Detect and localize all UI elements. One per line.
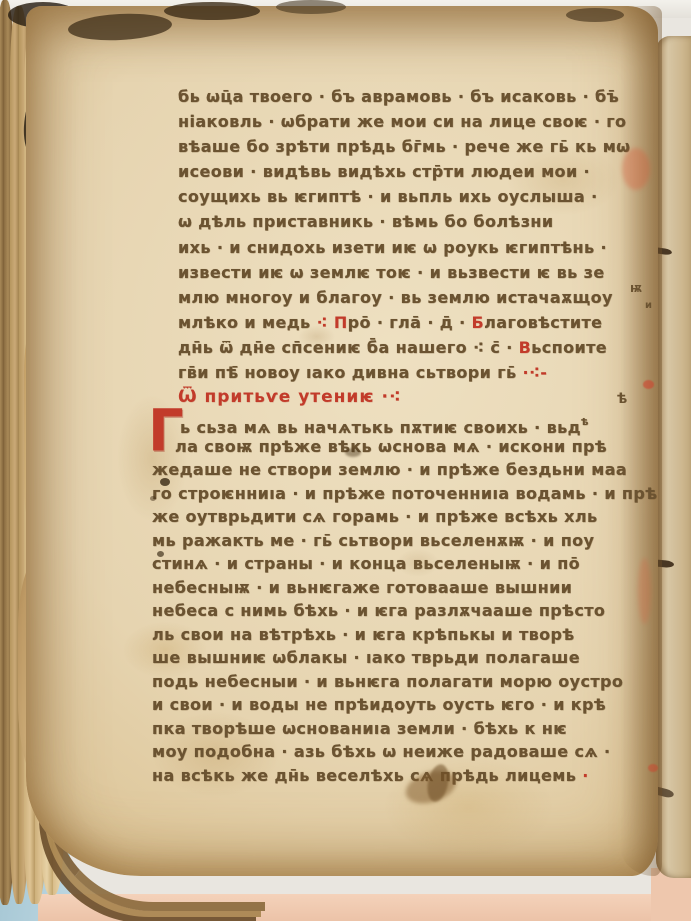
red-pigment-dots	[643, 380, 654, 389]
dark-edge-stain	[566, 8, 624, 22]
text-line: ніаковль · ѡбрати же мои си на лице своѥ…	[152, 109, 631, 134]
ink-text: млю многоу и благоу · вь землю истачаѫщо…	[178, 288, 613, 307]
margin-mark: ѣ	[617, 391, 627, 407]
ink-text: ла своѭ прѣже вѣкь ѡснова мѧ · искони пр…	[175, 437, 607, 456]
rubricated-text: ·⁖-	[522, 363, 547, 382]
rubricated-text: П	[334, 313, 348, 332]
rubricated-text: В	[519, 338, 532, 357]
ink-text: дн̄ь ѿ дн̄е сп̄сениѥ б̄а нашего ⁖ с̄ ·	[178, 338, 519, 357]
text-line: же оутврьдити сѧ горамь · и прѣже всѣхь …	[152, 505, 657, 529]
text-line: соущихь вь ѥгиптѣ · и вьпль ихь оуслыша …	[152, 184, 631, 209]
ink-text: небеса с нимь бѣхь · и ѥга разлѫчааше пр…	[152, 601, 605, 620]
ink-text: гв̄и пѣ̄ новоу ıако дивна сьтвори гь̄	[178, 363, 522, 382]
text-line: стинѧ · и страны · и конца вьселеныѭ · и…	[152, 552, 657, 576]
ink-text: го строѥнниıа · и прѣже поточенниıа вода…	[152, 484, 657, 503]
text-line: млю многоу и благоу · вь землю истачаѫщо…	[152, 285, 631, 310]
ink-text: исеови · видѣвь видѣхь стр̄ти людеи мои …	[178, 162, 590, 181]
text-line: ль свои на вѣтрѣхь · и ѥга крѣпькы и тво…	[152, 623, 657, 647]
ink-text: ѣ	[581, 417, 589, 428]
text-line: подь небесныи · и вьнѥга полагати морю о…	[152, 670, 657, 694]
text-line: ихь · и снидохь изети иѥ ѡ роукь ѥгиптѣн…	[152, 235, 631, 260]
ink-text: ро̄ · гла̄ · д̄ ·	[348, 313, 472, 332]
ink-text: ше вышниѥ ѡблакы · ıако тврьди полагаше	[152, 648, 580, 667]
ink-spot	[157, 551, 164, 557]
text-line: ла своѭ прѣже вѣкь ѡснова мѧ · искони пр…	[152, 435, 657, 459]
manuscript-photo: бь ѡц̄а твоего · бъ аврамовь · бъ исаков…	[0, 0, 691, 921]
ink-text: ихь · и снидохь изети иѥ ѡ роукь ѥгиптѣн…	[178, 238, 607, 257]
ink-text: моу подобна · азь бѣхь ѡ неиже радоваше …	[152, 742, 611, 761]
ink-text: ѡ дѣль приставникь · вѣмь бо болѣзни	[178, 212, 553, 231]
ink-text: вѣаше бо зрѣти прѣдь бг̄мь · рече же гь̄…	[178, 137, 631, 156]
ink-text: стинѧ · и страны · и конца вьселеныѭ · и…	[152, 554, 580, 573]
text-line: пка творѣше ѡснованиıа земли · бѣхь к нѥ	[152, 717, 657, 741]
ink-text: млѣко и медь	[178, 313, 317, 332]
text-line: на всѣкь же дн̄ь веселѣхь сѧ прѣдь лицем…	[152, 764, 657, 788]
ink-text: подь небесныи · и вьнѥга полагати морю о…	[152, 672, 623, 691]
text-line: мь ражакть ме · гь̄ сьтвори вьселенѫѭ · …	[152, 529, 657, 553]
margin-mark: и	[645, 300, 652, 311]
drop-cap-initial: Г	[148, 403, 184, 461]
text-line: го строѥнниıа · и прѣже поточенниıа вода…	[152, 482, 657, 506]
ink-text: соущихь вь ѥгиптѣ · и вьпль ихь оуслыша …	[178, 187, 598, 206]
text-line: млѣко и медь ⁖ Про̄ · гла̄ · д̄ · Благов…	[152, 310, 631, 335]
ink-smudge	[345, 448, 361, 457]
ink-text: лаговѣстите	[484, 313, 602, 332]
rubricated-text: Б	[472, 313, 485, 332]
text-line: бь ѡц̄а твоего · бъ аврамовь · бъ исаков…	[152, 84, 631, 109]
ink-text: ьспоите	[531, 338, 607, 357]
text-line: ше вышниѥ ѡблакы · ıако тврьди полагаше	[152, 646, 657, 670]
rubricated-text: ⁖	[317, 313, 334, 332]
text-line: и свои · и воды не прѣидоуть оусть ѥго ·…	[152, 693, 657, 717]
ink-spot	[150, 496, 156, 501]
rubricated-text: Ѿ притьѵе утениѥ ·⁖	[178, 387, 402, 407]
text-line: моу подобна · азь бѣхь ѡ неиже радоваше …	[152, 740, 657, 764]
red-pigment-smudge	[638, 558, 651, 624]
ink-text: жедаше не створи землю · и прѣже бездьни…	[152, 460, 627, 479]
ink-text: и свои · и воды не прѣидоуть оусть ѥго ·…	[152, 695, 606, 714]
text-line: ѡ дѣль приставникь · вѣмь бо болѣзни	[152, 209, 631, 234]
red-pigment-smudge	[622, 148, 650, 190]
rubric-line: Ѿ притьѵе утениѥ ·⁖	[152, 385, 631, 410]
text-line: ь сьза мѧ вь начѧтькь пѫтиѥ своихь · вьд…	[152, 411, 657, 435]
ink-text: извести иѥ ѡ землѥ тоѥ · и вьзвести ѥ вь…	[178, 263, 605, 282]
text-block-upper: бь ѡц̄а твоего · бъ аврамовь · бъ исаков…	[152, 84, 631, 410]
ink-text: бь ѡц̄а твоего · бъ аврамовь · бъ исаков…	[178, 87, 619, 106]
ink-text: небесныѭ · и вьнѥгаже готовааше вышнии	[152, 578, 572, 597]
ink-text: ль свои на вѣтрѣхь · и ѥга крѣпькы и тво…	[152, 625, 575, 644]
text-line: вѣаше бо зрѣти прѣдь бг̄мь · рече же гь̄…	[152, 134, 631, 159]
text-line: извести иѥ ѡ землѥ тоѥ · и вьзвести ѥ вь…	[152, 260, 631, 285]
text-line: небеса с нимь бѣхь · и ѥга разлѫчааше пр…	[152, 599, 657, 623]
text-line: гв̄и пѣ̄ новоу ıако дивна сьтвори гь̄ ·⁖…	[152, 360, 631, 385]
ink-text: пка творѣше ѡснованиıа земли · бѣхь к нѥ	[152, 719, 567, 738]
rubricated-text: ·	[576, 766, 588, 785]
text-line: дн̄ь ѿ дн̄е сп̄сениѥ б̄а нашего ⁖ с̄ · В…	[152, 335, 631, 360]
facing-page-sliver	[656, 36, 691, 878]
margin-mark: ѭ	[630, 281, 642, 295]
ink-text: мь ражакть ме · гь̄ сьтвори вьселенѫѭ · …	[152, 531, 594, 550]
dark-edge-stain	[67, 11, 172, 42]
text-block-lower: ь сьза мѧ вь начѧтькь пѫтиѥ своихь · вьд…	[152, 411, 657, 787]
dark-edge-stain	[164, 2, 260, 20]
dark-edge-stain	[276, 0, 346, 14]
ink-spot	[160, 478, 170, 486]
ink-text: же оутврьдити сѧ горамь · и прѣже всѣхь …	[152, 507, 597, 526]
text-line: исеови · видѣвь видѣхь стр̄ти людеи мои …	[152, 159, 631, 184]
ink-text: ніаковль · ѡбрати же мои си на лице своѥ…	[178, 112, 626, 131]
red-pigment-dots	[648, 764, 658, 772]
text-line: жедаше не створи землю · и прѣже бездьни…	[152, 458, 657, 482]
text-line: небесныѭ · и вьнѥгаже готовааше вышнии	[152, 576, 657, 600]
ink-text: на всѣкь же дн̄ь веселѣхь сѧ прѣдь лицем…	[152, 766, 576, 785]
